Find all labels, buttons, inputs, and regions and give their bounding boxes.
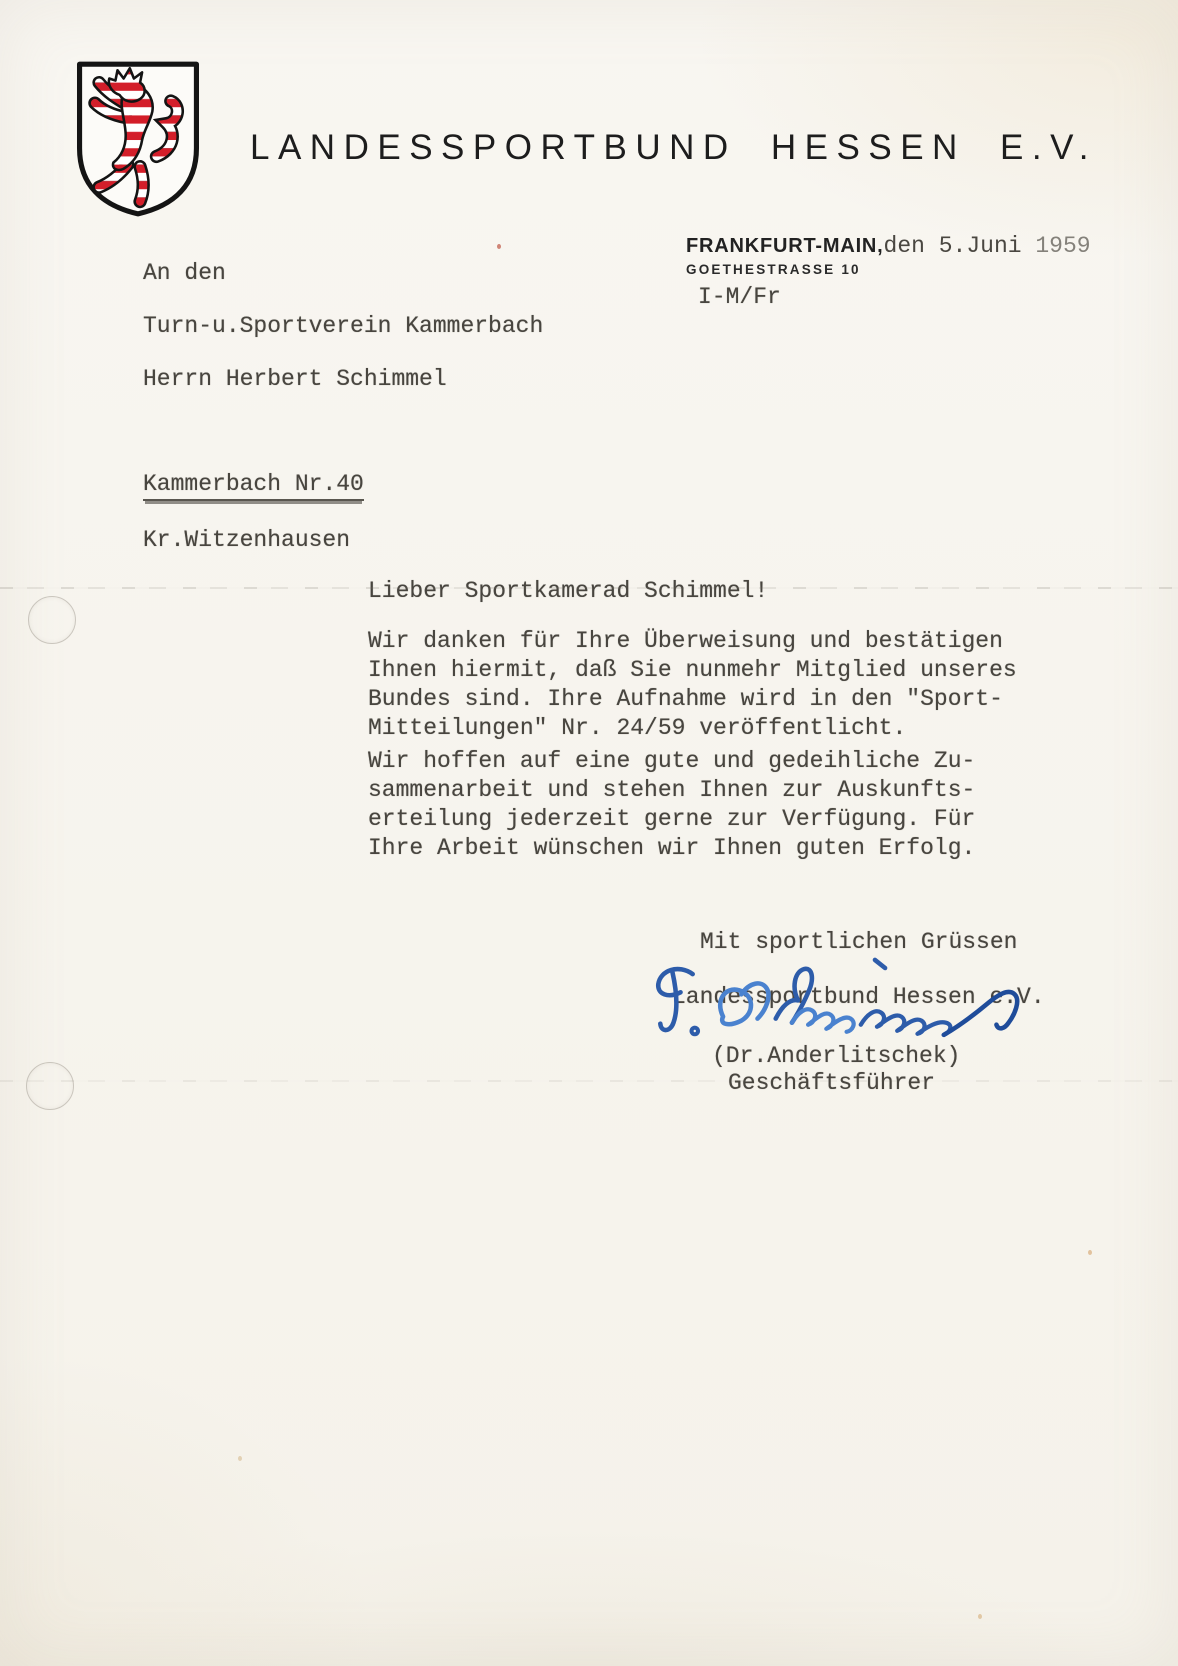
recipient-line: Kammerbach Nr.40 bbox=[143, 471, 543, 501]
paper-speck bbox=[978, 1614, 982, 1619]
scanned-letter-page: LANDESSPORTBUND HESSEN E.V. An den Turn-… bbox=[0, 0, 1178, 1666]
recipient-address-block: An den Turn-u.Sportverein Kammerbach Her… bbox=[143, 233, 543, 580]
salutation: Lieber Sportkamerad Schimmel! bbox=[368, 577, 768, 606]
reference-code: I-M/Fr bbox=[686, 284, 1091, 311]
typed-date: den 5.Juni bbox=[884, 233, 1036, 259]
recipient-line: Kr.Witzenhausen bbox=[143, 527, 543, 554]
typed-signer-name: (Dr.Anderlitschek) bbox=[712, 1043, 960, 1070]
body-paragraph-2: Wir hoffen auf eine gute und gedeihliche… bbox=[368, 747, 975, 863]
punch-hole-top bbox=[28, 596, 76, 644]
recipient-street-underlined: Kammerbach Nr.40 bbox=[143, 471, 364, 501]
recipient-line: Herrn Herbert Schimmel bbox=[143, 366, 543, 393]
fold-crease-bottom bbox=[0, 1080, 1178, 1082]
dateline-block: FRANKFURT-MAIN,den 5.Juni 1959 GOETHESTR… bbox=[686, 233, 1091, 311]
typed-year: 1959 bbox=[1035, 233, 1090, 259]
paper-speck bbox=[497, 244, 501, 249]
hessen-lion-crest-icon bbox=[70, 58, 206, 220]
body-paragraph-1: Wir danken für Ihre Überweisung und best… bbox=[368, 627, 1017, 743]
closing-greeting: Mit sportlichen Grüssen bbox=[672, 929, 1045, 957]
fold-crease-top bbox=[0, 587, 1178, 589]
org-name-title: LANDESSPORTBUND HESSEN E.V. bbox=[250, 128, 1097, 168]
address-spacer bbox=[143, 419, 543, 445]
printed-city-label: FRANKFURT-MAIN, bbox=[686, 235, 884, 257]
typed-signer-role: Geschäftsführer bbox=[728, 1070, 935, 1097]
recipient-line: An den bbox=[143, 260, 543, 287]
punch-hole-bottom bbox=[26, 1062, 74, 1110]
date-row: FRANKFURT-MAIN,den 5.Juni 1959 bbox=[686, 233, 1091, 259]
printed-street-label: GOETHESTRASSE 10 bbox=[686, 262, 1091, 277]
recipient-line: Turn-u.Sportverein Kammerbach bbox=[143, 313, 543, 340]
paper-speck bbox=[1088, 1250, 1092, 1255]
paper-speck bbox=[238, 1456, 242, 1461]
